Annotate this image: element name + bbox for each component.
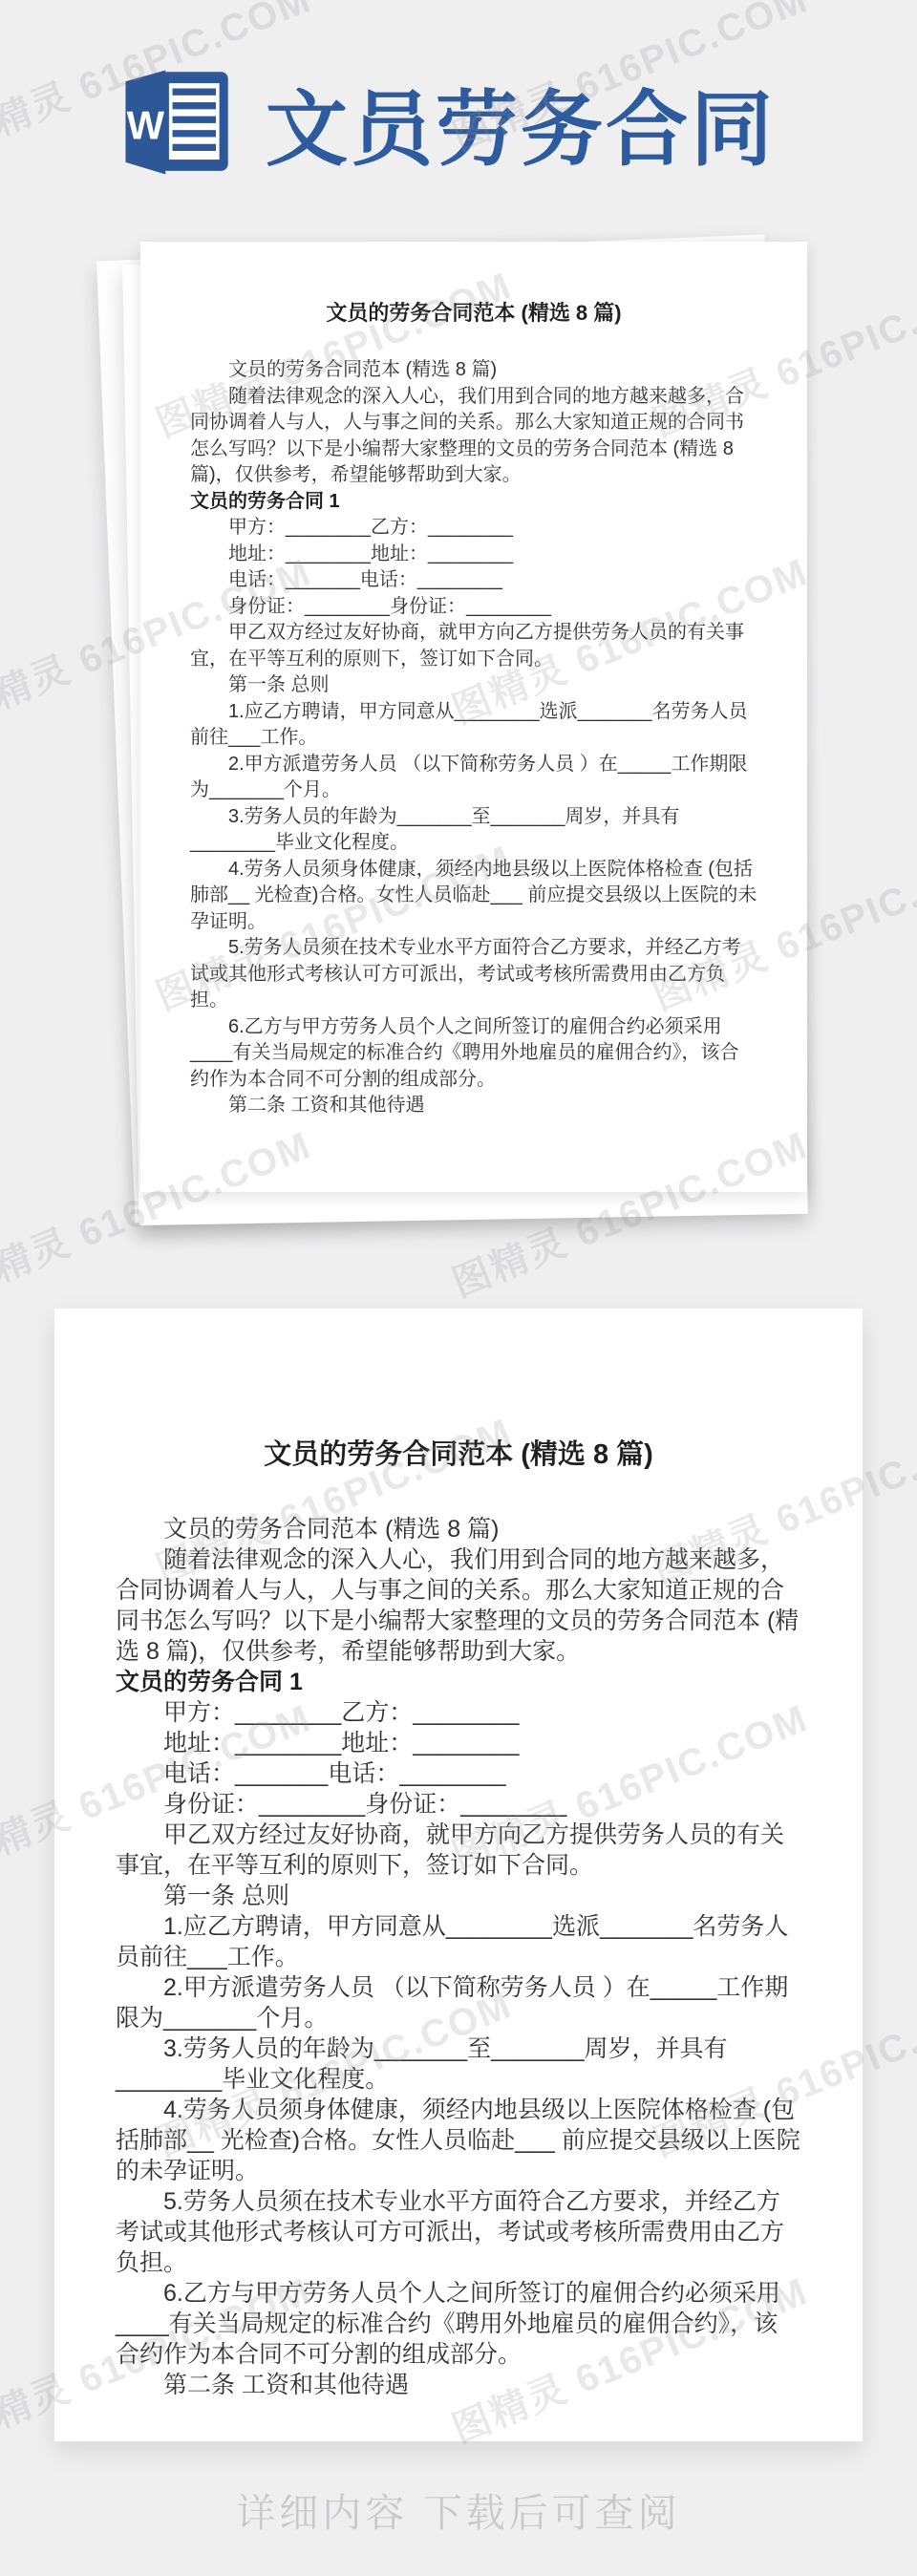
contract-line: 文员的劳务合同 1 [190,489,757,516]
contract-line: 文员的劳务合同范本 (精选 8 篇) [116,1514,801,1544]
contract-line: 3.劳务人员的年龄为_______至_______周岁，并具有________毕… [116,2033,801,2095]
contract-line: 第二条 工资和其他待遇 [116,2370,801,2400]
contract-line: 电话：_______电话：________ [116,1758,801,1789]
contract-line: 第二条 工资和其他待遇 [190,1093,757,1119]
contract-line: 文员的劳务合同范本 (精选 8 篇) [190,357,757,384]
contract-line: 6.乙方与甲方劳务人员个人之间所签订的雇佣合约必须采用____有关当局规定的标准… [190,1014,757,1094]
contract-line: 第一条 总则 [190,672,757,699]
contract-line: 2.甲方派遣劳务人员 （以下简称劳务人员 ）在_____工作期限为_______… [116,1972,801,2033]
contract-line: 5.劳务人员须在技术专业水平方面符合乙方要求，并经乙方考试或其他形式考核认可方可… [190,935,757,1014]
contract-line: 地址：________地址：________ [190,542,757,568]
word-icon: W [120,61,235,183]
contract-line: 甲乙双方经过友好协商，就甲方向乙方提供劳务人员的有关事宜，在平等互利的原则下，签… [190,620,757,672]
contract-line: 5.劳务人员须在技术专业水平方面符合乙方要求，并经乙方考试或其他形式考核认可方可… [116,2186,801,2278]
contract-line: 1.应乙方聘请，甲方同意从________选派_______名劳务人员前往___… [116,1911,801,1972]
contract-line: 2.甲方派遣劳务人员 （以下简称劳务人员 ）在_____工作期限为_______… [190,752,757,804]
contract-heading: 文员的劳务合同范本 (精选 8 篇) [190,297,757,327]
preview-paper[interactable]: 文员的劳务合同范本 (精选 8 篇) 文员的劳务合同范本 (精选 8 篇)随着法… [140,242,807,1192]
document-paper[interactable]: 文员的劳务合同范本 (精选 8 篇) 文员的劳务合同范本 (精选 8 篇)随着法… [54,1309,863,2441]
contract-line: 6.乙方与甲方劳务人员个人之间所签订的雇佣合约必须采用____有关当局规定的标准… [116,2278,801,2370]
preview-paper-stack[interactable]: 文员的劳务合同范本 (精选 8 篇) 文员的劳务合同范本 (精选 8 篇)随着法… [140,242,807,1192]
page-root: W 文员劳务合同 文员的劳务合同范本 (精选 8 篇) 文员的劳务合同范本 (精… [0,0,917,2576]
svg-text:W: W [127,102,165,147]
contract-body: 文员的劳务合同范本 (精选 8 篇)随着法律观念的深入人心，我们用到合同的地方越… [116,1514,801,2400]
contract-line: 身份证：________身份证：________ [116,1789,801,1820]
header: W 文员劳务合同 [0,0,917,220]
contract-line: 第一条 总则 [116,1881,801,1911]
contract-line: 电话：_______电话：________ [190,567,757,594]
contract-line: 随着法律观念的深入人心，我们用到合同的地方越来越多，合同协调着人与人，人与事之间… [116,1544,801,1667]
contract-line: 甲方：________乙方：________ [116,1697,801,1728]
contract-line: 文员的劳务合同 1 [116,1667,801,1697]
contract-line: 4.劳务人员须身体健康，须经内地县级以上医院体格检查 (包括肺部__ 光检查)合… [190,857,757,936]
contract-line: 3.劳务人员的年龄为_______至_______周岁，并具有________毕… [190,804,757,857]
footer-note: 详细内容 下载后可查阅 [0,2481,917,2538]
contract-line: 地址：________地址：________ [116,1728,801,1758]
contract-line: 1.应乙方聘请，甲方同意从________选派_______名劳务人员前往___… [190,699,757,752]
contract-line: 4.劳务人员须身体健康，须经内地县级以上医院体格检查 (包括肺部__ 光检查)合… [116,2095,801,2186]
contract-line: 身份证：________身份证：________ [190,594,757,621]
contract-line: 随着法律观念的深入人心，我们用到合同的地方越来越多，合同协调着人与人，人与事之间… [190,384,757,489]
contract-line: 甲乙双方经过友好协商，就甲方向乙方提供劳务人员的有关事宜，在平等互利的原则下，签… [116,1820,801,1881]
contract-heading: 文员的劳务合同范本 (精选 8 篇) [116,1433,801,1472]
page-title: 文员劳务合同 [266,63,776,181]
contract-line: 甲方：________乙方：________ [190,515,757,542]
contract-body: 文员的劳务合同范本 (精选 8 篇)随着法律观念的深入人心，我们用到合同的地方越… [190,357,757,1119]
